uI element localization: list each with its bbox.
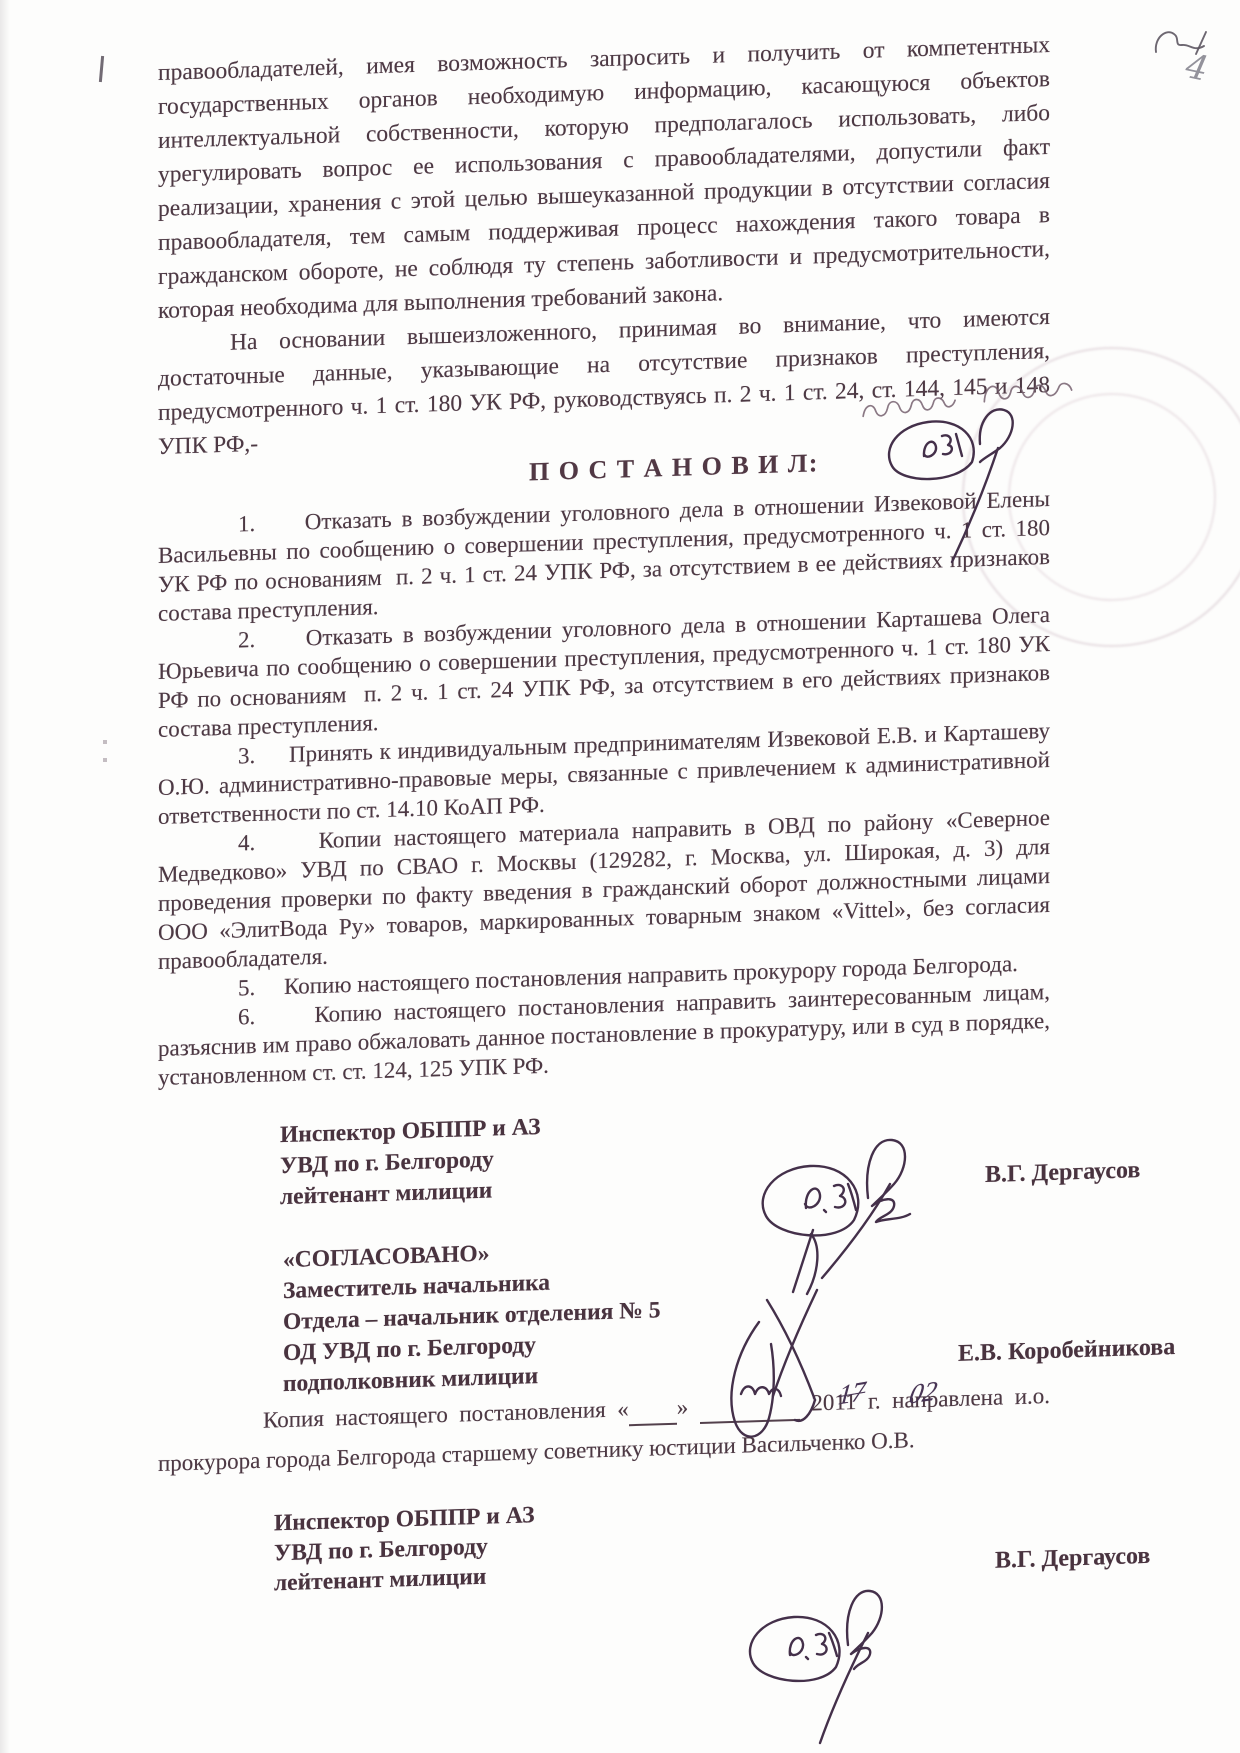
scan-edge-shade <box>0 0 10 1753</box>
resolution-item-4: 4. Копии настоящего материала направить … <box>158 803 1050 976</box>
margin-colon-mark <box>103 740 107 762</box>
officer-name-dergausov-1: В.Г. Дергаусов <box>985 1155 1140 1191</box>
officer-name-korobeynikova: Е.В. Коробейникова <box>958 1332 1175 1370</box>
signature-dergausov-2 <box>740 1583 910 1753</box>
officer-name-dergausov-2: В.Г. Дергаусов <box>995 1541 1150 1576</box>
signature-block-inspector-2: Инспектор ОБППР и АЗ УВД по г. Белгороду… <box>274 1484 1050 1598</box>
resolution-items: 1. Отказать в возбуждении уголовного дел… <box>158 484 1050 1092</box>
signature-korobeynikova <box>695 1228 875 1458</box>
body-paragraph-continuation: правообладателей, имея возможность запро… <box>158 28 1050 328</box>
copy-note-prefix: Копия настоящего постановления « <box>263 1396 629 1432</box>
pen-scribble-icon <box>1150 24 1214 60</box>
document-page: правообладателей, имея возможность запро… <box>0 0 1240 1753</box>
document-content: правообладателей, имея возможность запро… <box>158 28 1050 1602</box>
signature-certification <box>876 400 1096 570</box>
date-day-blank: 17 <box>629 1395 677 1427</box>
pen-tick-mark <box>99 56 104 82</box>
copy-note-close-quote: » <box>677 1394 689 1419</box>
